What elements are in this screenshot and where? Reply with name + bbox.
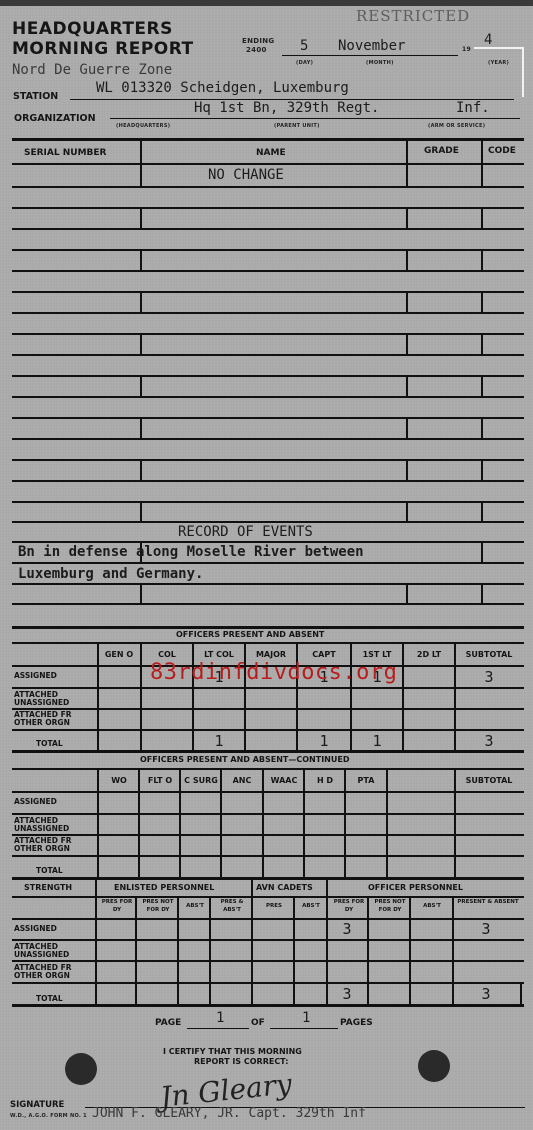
row-total: TOTAL	[36, 740, 63, 748]
col-waac: WAAC	[264, 776, 304, 785]
col-enl-pres-not-for-dy: PRES NOT FOR DY	[138, 898, 178, 914]
total-off-present-absent: 3	[454, 985, 518, 1003]
punch-hole-left	[65, 1053, 97, 1085]
group-enlisted: ENLISTED PERSONNEL	[114, 883, 214, 892]
col-col: COL	[142, 650, 192, 659]
col-c-surg: C SURG	[181, 776, 221, 785]
year-prefix: 19	[462, 46, 471, 53]
report-month: November	[338, 38, 405, 54]
col-off-present-absent: PRESENT & ABSENT	[456, 898, 520, 906]
assigned-off-pres-for-dy: 3	[328, 920, 366, 938]
col-grade: GRADE	[424, 146, 459, 156]
organization-line	[110, 118, 520, 119]
ending-2400-label: 2400	[246, 46, 267, 54]
morning-report-page: RESTRICTED HEADQUARTERS MORNING REPORT E…	[0, 0, 533, 1130]
org-caption-hq: (HEADQUARTERS)	[116, 123, 170, 129]
report-year: 4	[484, 32, 492, 48]
signer-name: JOHN F. GLEARY, JR. Capt. 329th Inf	[92, 1106, 366, 1121]
col-off-pres-for-dy: PRES FOR DY	[330, 898, 368, 914]
page-label: PAGE	[155, 1018, 181, 1028]
col-pta: PTA	[346, 776, 386, 785]
page-number: 1	[216, 1010, 224, 1026]
row-attached-unassigned: ATTACHED UNASSIGNED	[14, 691, 94, 707]
certify-line2: REPORT IS CORRECT:	[194, 1057, 288, 1066]
col-subtotal: SUBTOTAL	[456, 650, 522, 659]
col-gen-o: GEN O	[98, 650, 140, 659]
group-officer: OFFICER PERSONNEL	[368, 883, 463, 892]
assigned-off-present-absent: 3	[454, 920, 518, 938]
total-off-pres-for-dy: 3	[328, 985, 366, 1003]
col-lt-col: LT COL	[194, 650, 244, 659]
certify-line1: I CERTIFY THAT THIS MORNING	[163, 1047, 302, 1056]
no-change-entry: NO CHANGE	[208, 167, 284, 183]
row-assigned-continued: ASSIGNED	[14, 798, 57, 806]
col-off-abst: ABS'T	[412, 902, 452, 910]
col-1st-lt: 1ST LT	[352, 650, 402, 659]
total-pages: 1	[302, 1010, 310, 1026]
total-1st-lt: 1	[352, 732, 402, 750]
row-attached-other: ATTACHED FR OTHER ORGN	[14, 711, 94, 727]
form-title-line1: HEADQUARTERS	[12, 20, 173, 39]
row-attached-other-continued: ATTACHED FR OTHER ORGN	[14, 837, 94, 853]
row-total-continued: TOTAL	[36, 867, 63, 875]
organization-value: Hq 1st Bn, 329th Regt.	[194, 100, 379, 116]
col-anc: ANC	[222, 776, 262, 785]
group-avn-cadets: AVN CADETS	[256, 883, 313, 892]
row-attached-unassigned-strength: ATTACHED UNASSIGNED	[14, 943, 94, 959]
org-caption-parent: (PARENT UNIT)	[274, 123, 320, 129]
col-major: MAJOR	[246, 650, 296, 659]
form-note: W.D., A.G.O. FORM NO. 1	[10, 1113, 87, 1119]
col-capt: CAPT	[298, 650, 350, 659]
total-capt: 1	[298, 732, 350, 750]
watermark: 83rdinfdivdocs.org	[150, 660, 397, 685]
ending-label: ENDING	[242, 37, 274, 45]
col-code: CODE	[488, 146, 516, 156]
month-caption: (MONTH)	[366, 60, 394, 66]
total-lt-col: 1	[194, 732, 244, 750]
record-of-events-line2: Luxemburg and Germany.	[18, 566, 203, 582]
assigned-subtotal: 3	[456, 668, 522, 686]
col-subtotal-continued: SUBTOTAL	[456, 776, 522, 785]
record-of-events-title: RECORD OF EVENTS	[178, 524, 313, 540]
report-day: 5	[300, 38, 308, 54]
row-assigned: ASSIGNED	[14, 672, 57, 680]
signature-label: SIGNATURE	[10, 1100, 64, 1110]
station-value: WL 013320 Scheidgen, Luxemburg	[96, 80, 349, 96]
col-name: NAME	[256, 148, 286, 158]
zone-text: Nord De Guerre Zone	[12, 62, 172, 78]
top-edge	[0, 0, 533, 6]
strength-label: STRENGTH	[24, 884, 72, 892]
station-label: STATION	[13, 91, 58, 102]
date-line	[282, 55, 458, 56]
organization-label: ORGANIZATION	[14, 113, 96, 124]
org-caption-arm: (ARM OR SERVICE)	[428, 123, 485, 129]
punch-hole-right	[418, 1050, 450, 1082]
col-cadet-abst: ABS'T	[296, 902, 326, 910]
pages-label: PAGES	[340, 1018, 373, 1028]
arm-value: Inf.	[456, 100, 490, 116]
of-label: OF	[251, 1018, 265, 1028]
col-wo: WO	[98, 776, 140, 785]
col-cadet-pres: PRES	[254, 902, 294, 910]
day-caption: (DAY)	[296, 60, 313, 66]
row-attached-other-strength: ATTACHED FR OTHER ORGN	[14, 964, 94, 980]
col-flt-o: FLT O	[140, 776, 180, 785]
officers-continued-title: OFFICERS PRESENT AND ABSENT—CONTINUED	[140, 755, 349, 764]
col-off-pres-not-for-dy: PRES NOT FOR DY	[370, 898, 410, 914]
year-box-outline	[474, 47, 524, 97]
form-title-line2: MORNING REPORT	[12, 40, 194, 59]
restricted-stamp: RESTRICTED	[356, 7, 470, 25]
col-serial-number: SERIAL NUMBER	[24, 148, 106, 158]
row-total-strength: TOTAL	[36, 995, 63, 1003]
row-assigned-strength: ASSIGNED	[14, 925, 57, 933]
col-enl-pres-for-dy: PRES FOR DY	[98, 898, 136, 914]
record-of-events-line1: Bn in defense along Moselle River betwee…	[18, 544, 364, 560]
total-subtotal: 3	[456, 732, 522, 750]
col-enl-pres-abst: PRES & ABS'T	[212, 898, 252, 914]
col-2d-lt: 2D LT	[404, 650, 454, 659]
col-hd: H D	[305, 776, 345, 785]
row-attached-unassigned-continued: ATTACHED UNASSIGNED	[14, 817, 94, 833]
col-enl-abst: ABS'T	[180, 902, 210, 910]
officers-title: OFFICERS PRESENT AND ABSENT	[176, 630, 324, 639]
